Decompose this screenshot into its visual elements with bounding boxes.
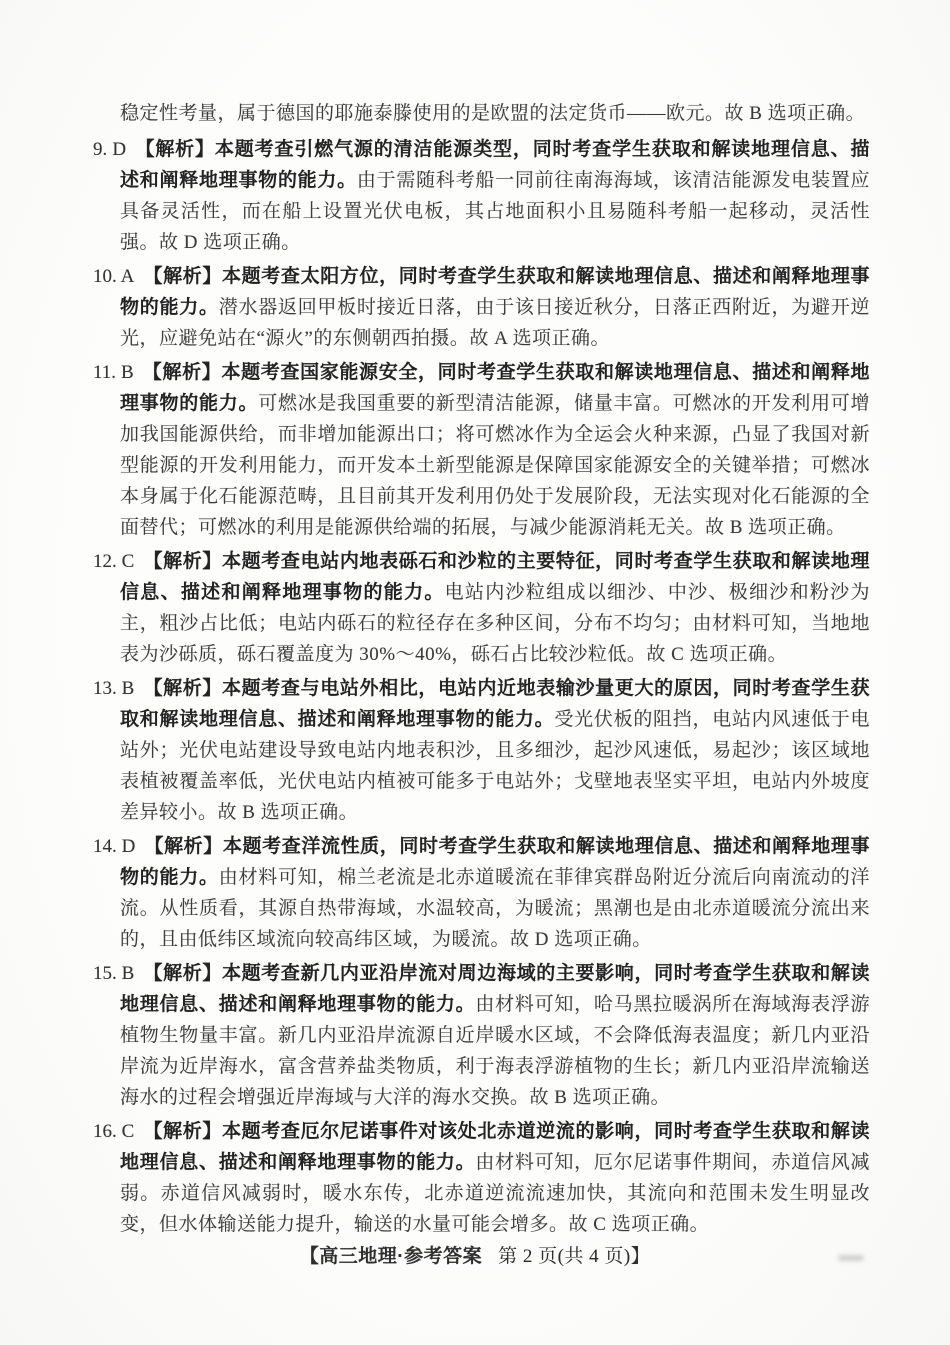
answer-item-9: 9. D【解析】本题考查引燃气源的清洁能源类型，同时考查学生获取和解读地理信息、…	[93, 134, 870, 258]
question-number-answer: 12. C	[93, 551, 134, 572]
question-number-answer: 14. D	[93, 836, 135, 857]
footer-subject-title: 【高三地理·参考答案	[300, 1246, 482, 1267]
answer-item-10: 10. A【解析】本题考查太阳方位，同时考查学生获取和解读地理信息、描述和阐释地…	[93, 261, 870, 354]
analysis-body: 潜水器返回甲板时接近日落，由于该日接近秋分，日落正西附近，为避开逆光，应避免站在…	[120, 297, 870, 349]
question-number-answer: 9. D	[93, 139, 126, 160]
scan-artifact	[838, 1255, 864, 1261]
answer-item-13: 13. B【解析】本题考查与电站外相比，电站内近地表输沙量更大的原因，同时考查学…	[93, 673, 870, 828]
answer-item-16: 16. C【解析】本题考查厄尔尼诺事件对该处北赤道逆流的影响，同时考查学生获取和…	[93, 1116, 870, 1240]
question-number-answer: 11. B	[93, 362, 134, 383]
analysis-body: 由材料可知，棉兰老流是北赤道暖流在菲律宾群岛附近分流后向南流动的洋流。从性质看，…	[120, 867, 870, 950]
scanned-answer-key-page: 稳定性考量，属于德国的耶施泰滕使用的是欧盟的法定货币——欧元。故 B 选项正确。…	[0, 0, 950, 1345]
question-number-answer: 15. B	[93, 963, 134, 984]
footer-page-number: 第 2 页(共 4 页)】	[498, 1246, 650, 1267]
analysis-body: 可燃冰是我国重要的新型清洁能源，储量丰富。可燃冰的开发利用可增加我国能源供给，而…	[120, 393, 870, 538]
question-number-answer: 16. C	[93, 1121, 134, 1142]
continuation-line: 稳定性考量，属于德国的耶施泰滕使用的是欧盟的法定货币——欧元。故 B 选项正确。	[93, 98, 870, 129]
answer-item-14: 14. D【解析】本题考查洋流性质，同时考查学生获取和解读地理信息、描述和阐释地…	[93, 831, 870, 955]
answer-key-content: 稳定性考量，属于德国的耶施泰滕使用的是欧盟的法定货币——欧元。故 B 选项正确。…	[93, 98, 870, 1243]
question-number-answer: 10. A	[93, 266, 134, 287]
question-number-answer: 13. B	[93, 678, 134, 699]
answer-item-11: 11. B【解析】本题考查国家能源安全，同时考查学生获取和解读地理信息、描述和阐…	[93, 357, 870, 543]
answer-item-12: 12. C【解析】本题考查电站内地表砾石和沙粒的主要特征，同时考查学生获取和解读…	[93, 546, 870, 670]
page-footer: 【高三地理·参考答案第 2 页(共 4 页)】	[0, 1243, 950, 1271]
answer-item-15: 15. B【解析】本题考查新几内亚沿岸流对周边海域的主要影响，同时考查学生获取和…	[93, 958, 870, 1113]
